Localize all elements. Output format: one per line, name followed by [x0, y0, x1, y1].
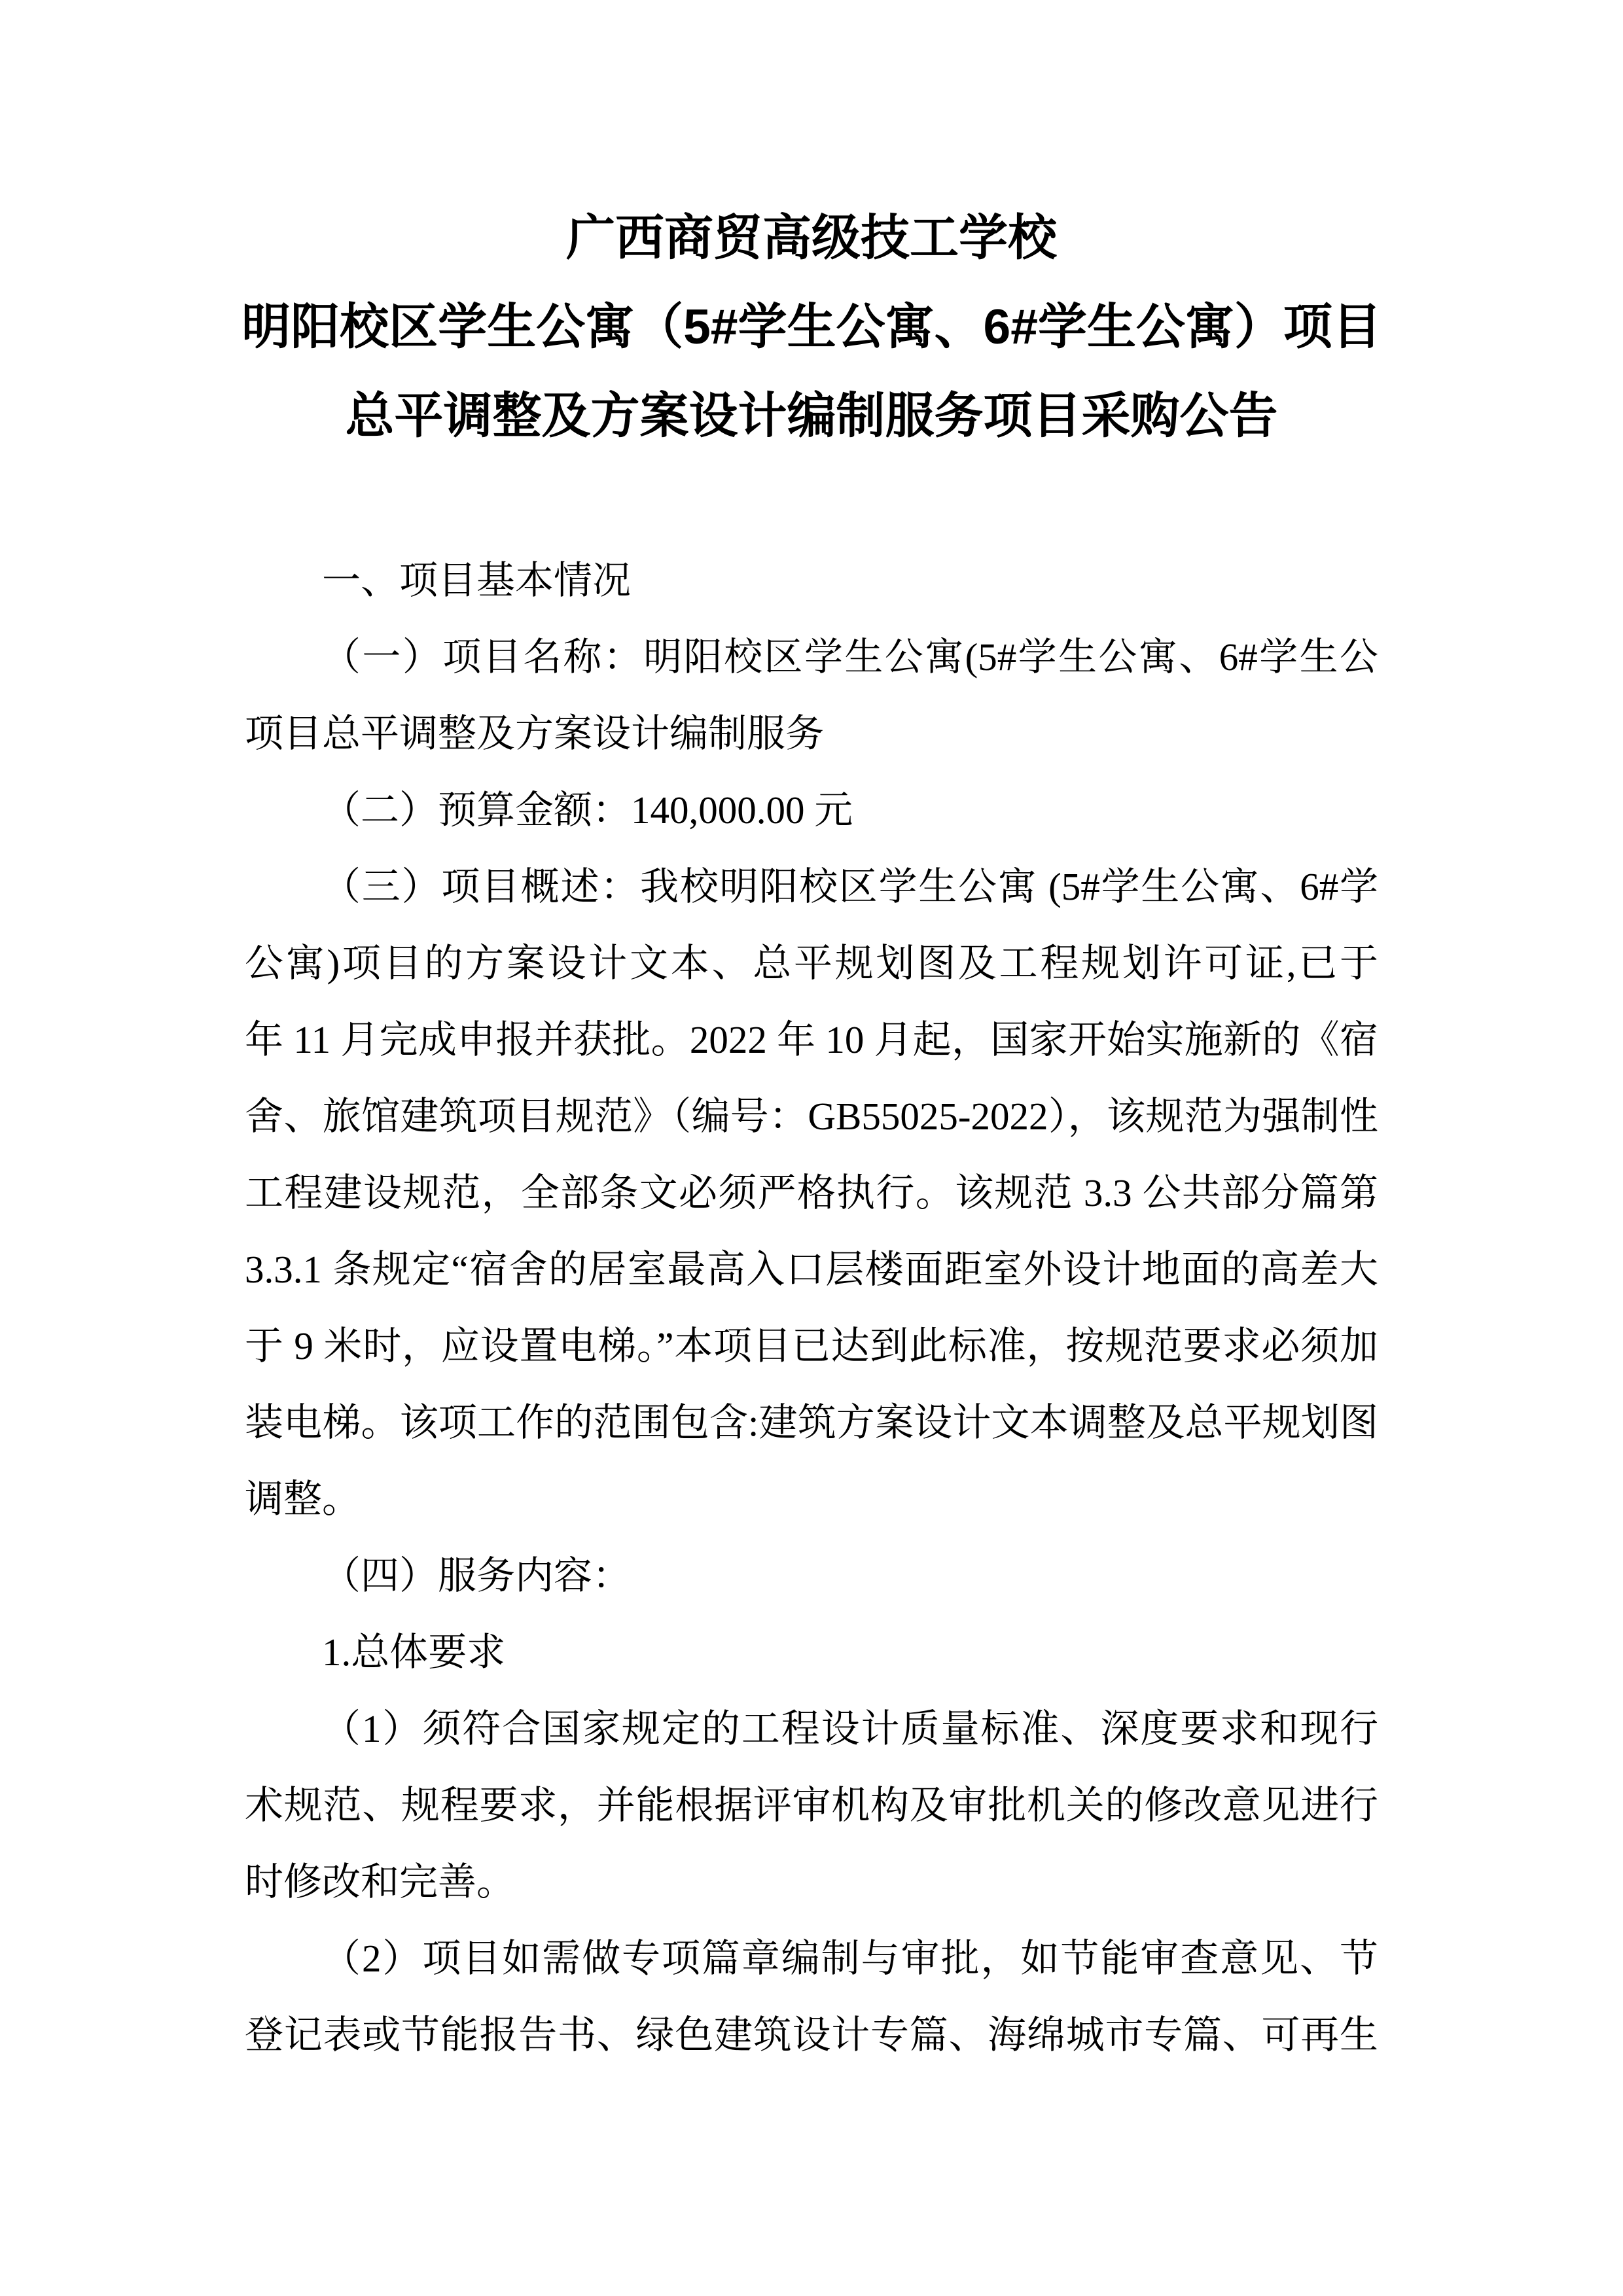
body-line: 装电梯。该项工作的范围包含:建筑方案设计文本调整及总平规划图 — [245, 1385, 1378, 1461]
body-line: （一）项目名称：明阳校区学生公寓(5#学生公寓、6#学生公寓） — [245, 619, 1378, 696]
document-title: 广西商贸高级技工学校 明阳校区学生公寓（5#学生公寓、6#学生公寓）项目 总平调… — [0, 193, 1623, 460]
body-line: 公寓)项目的方案设计文本、总平规划图及工程规划许可证,已于 2021 — [245, 925, 1378, 1002]
body-line: （二）预算金额：140,000.00 元 — [245, 772, 1378, 849]
body-line: 1.总体要求 — [245, 1614, 1378, 1691]
body-line: 一、项目基本情况 — [245, 542, 1378, 619]
body-line: （1）须符合国家规定的工程设计质量标准、深度要求和现行技 — [245, 1691, 1378, 1767]
title-line-3: 总平调整及方案设计编制服务项目采购公告 — [0, 371, 1623, 460]
body-line: （2）项目如需做专项篇章编制与审批，如节能审查意见、节能 — [245, 1920, 1378, 1997]
body-line: 工程建设规范，全部条文必须严格执行。该规范 3.3 公共部分篇第 — [245, 1155, 1378, 1231]
body-line: 时修改和完善。 — [245, 1844, 1378, 1920]
body-line: （四）服务内容： — [245, 1538, 1378, 1614]
body-line: 项目总平调整及方案设计编制服务 — [245, 696, 1378, 772]
body-line: （三）项目概述：我校明阳校区学生公寓 (5#学生公寓、6#学生 — [245, 849, 1378, 925]
body-line: 年 11 月完成申报并获批。2022 年 10 月起，国家开始实施新的《宿 — [245, 1002, 1378, 1078]
document-body: 一、项目基本情况（一）项目名称：明阳校区学生公寓(5#学生公寓、6#学生公寓）项… — [245, 542, 1378, 2074]
document-page: 广西商贸高级技工学校 明阳校区学生公寓（5#学生公寓、6#学生公寓）项目 总平调… — [0, 0, 1623, 2296]
title-line-1: 广西商贸高级技工学校 — [0, 193, 1623, 282]
body-line: 调整。 — [245, 1461, 1378, 1538]
body-line: 于 9 米时，应设置电梯。”本项目已达到此标准，按规范要求必须加 — [245, 1308, 1378, 1385]
title-line-2: 明阳校区学生公寓（5#学生公寓、6#学生公寓）项目 — [0, 282, 1623, 371]
body-line: 登记表或节能报告书、绿色建筑设计专篇、海绵城市专篇、可再生能 — [245, 1997, 1378, 2074]
document-content: 一、项目基本情况（一）项目名称：明阳校区学生公寓(5#学生公寓、6#学生公寓）项… — [245, 542, 1378, 2074]
body-line: 术规范、规程要求，并能根据评审机构及审批机关的修改意见进行及 — [245, 1767, 1378, 1844]
body-line: 舍、旅馆建筑项目规范》（编号：GB55025-2022），该规范为强制性 — [245, 1078, 1378, 1155]
body-line: 3.3.1 条规定“宿舍的居室最高入口层楼面距室外设计地面的高差大 — [245, 1231, 1378, 1308]
